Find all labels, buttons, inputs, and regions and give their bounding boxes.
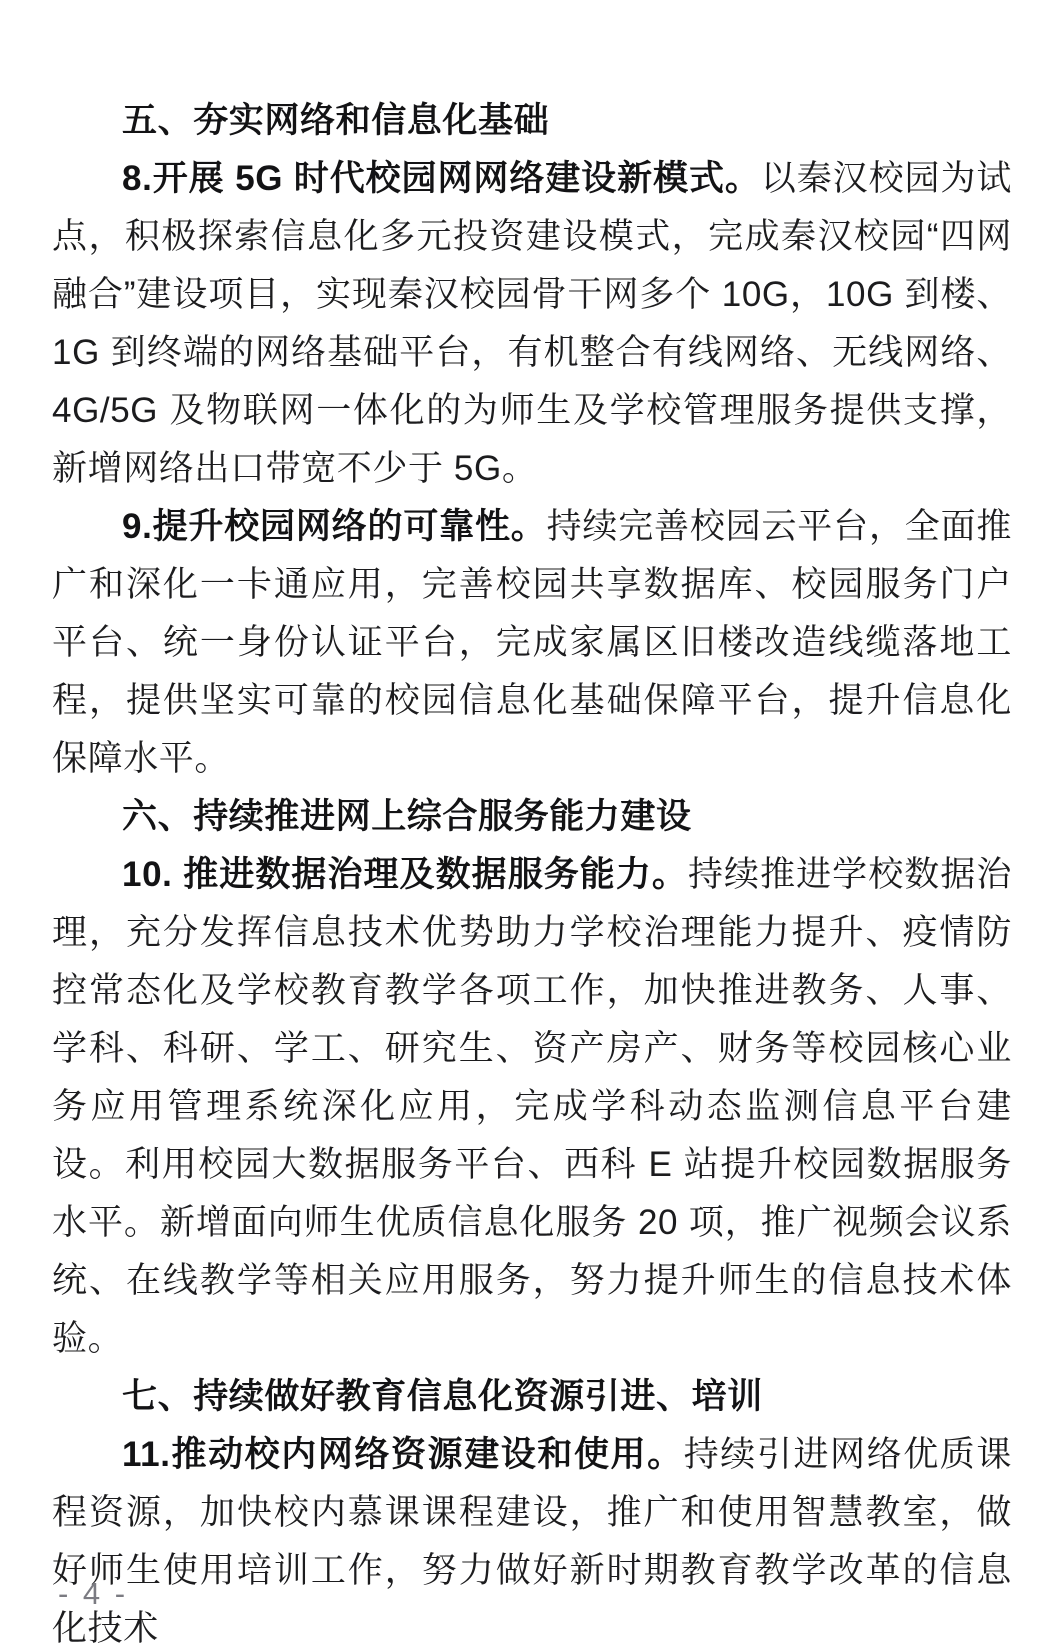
paragraph-11-lead: 11.推动校内网络资源建设和使用。 [122, 1435, 684, 1474]
page-number: - 4 - [58, 1576, 128, 1612]
paragraph-8-body: 以秦汉校园为试点，积极探索信息化多元投资建设模式，完成秦汉校园“四网融合”建设项… [52, 159, 1012, 488]
section-heading-5: 五、夯实网络和信息化基础 [52, 92, 1012, 150]
document-page: 五、夯实网络和信息化基础 8.开展 5G 时代校园网网络建设新模式。以秦汉校园为… [52, 92, 1012, 1650]
paragraph-10-body: 持续推进学校数据治理，充分发挥信息技术优势助力学校治理能力提升、疫情防控常态化及… [52, 855, 1012, 1358]
paragraph-item-10: 10. 推进数据治理及数据服务能力。持续推进学校数据治理，充分发挥信息技术优势助… [52, 846, 1012, 1368]
paragraph-10-lead: 10. 推进数据治理及数据服务能力。 [122, 855, 688, 894]
section-heading-6: 六、持续推进网上综合服务能力建设 [52, 788, 1012, 846]
paragraph-9-lead: 9.提升校园网络的可靠性。 [122, 507, 547, 546]
paragraph-item-9: 9.提升校园网络的可靠性。持续完善校园云平台，全面推广和深化一卡通应用，完善校园… [52, 498, 1012, 788]
paragraph-item-11: 11.推动校内网络资源建设和使用。持续引进网络优质课程资源，加快校内慕课课程建设… [52, 1426, 1012, 1650]
paragraph-8-lead: 8.开展 5G 时代校园网网络建设新模式。 [122, 159, 761, 198]
paragraph-9-body: 持续完善校园云平台，全面推广和深化一卡通应用，完善校园共享数据库、校园服务门户平… [52, 507, 1012, 778]
section-heading-7: 七、持续做好教育信息化资源引进、培训 [52, 1368, 1012, 1426]
paragraph-item-8: 8.开展 5G 时代校园网网络建设新模式。以秦汉校园为试点，积极探索信息化多元投… [52, 150, 1012, 498]
